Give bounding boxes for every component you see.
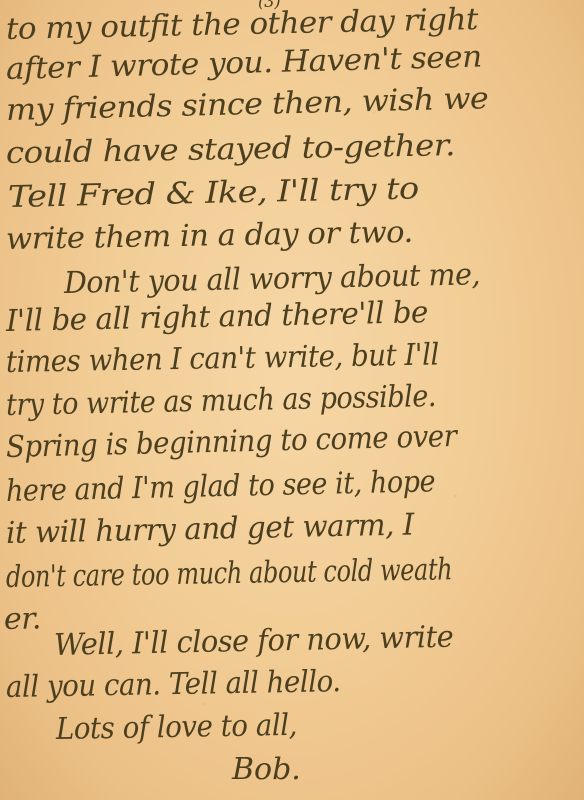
letter-line: Tell Fred & Ike, I'll try to (8, 171, 419, 216)
letter-line: it will hurry and get warm, I (6, 507, 415, 552)
letter-line: er. (4, 601, 41, 638)
closing-line: Lots of love to all, (56, 708, 297, 748)
letter-line: could have stayed to-gether. (6, 128, 455, 172)
letter-line: times when I can't write, but I'll (6, 337, 439, 381)
letter-line: here and I'm glad to see it, hope (6, 464, 436, 510)
letter-line: write them in a day or two. (6, 215, 413, 258)
letter-line: I'll be all right and there'll be (6, 295, 429, 340)
letter-line: my friends since then, wish we (6, 81, 489, 129)
letter-line: Spring is beginning to come over (6, 419, 457, 466)
letter-line: all you can. Tell all hello. (6, 664, 341, 706)
signature: Bob. (232, 752, 301, 787)
letter-page: (3) to my outfit the other day right aft… (0, 0, 584, 800)
letter-line: after I wrote you. Haven't seen (6, 40, 483, 88)
letter-line: try to write as much as possible. (6, 379, 437, 424)
letter-line: don't care too much about cold weath (6, 552, 453, 596)
letter-line-paragraph: Well, I'll close for now, write (54, 620, 454, 664)
